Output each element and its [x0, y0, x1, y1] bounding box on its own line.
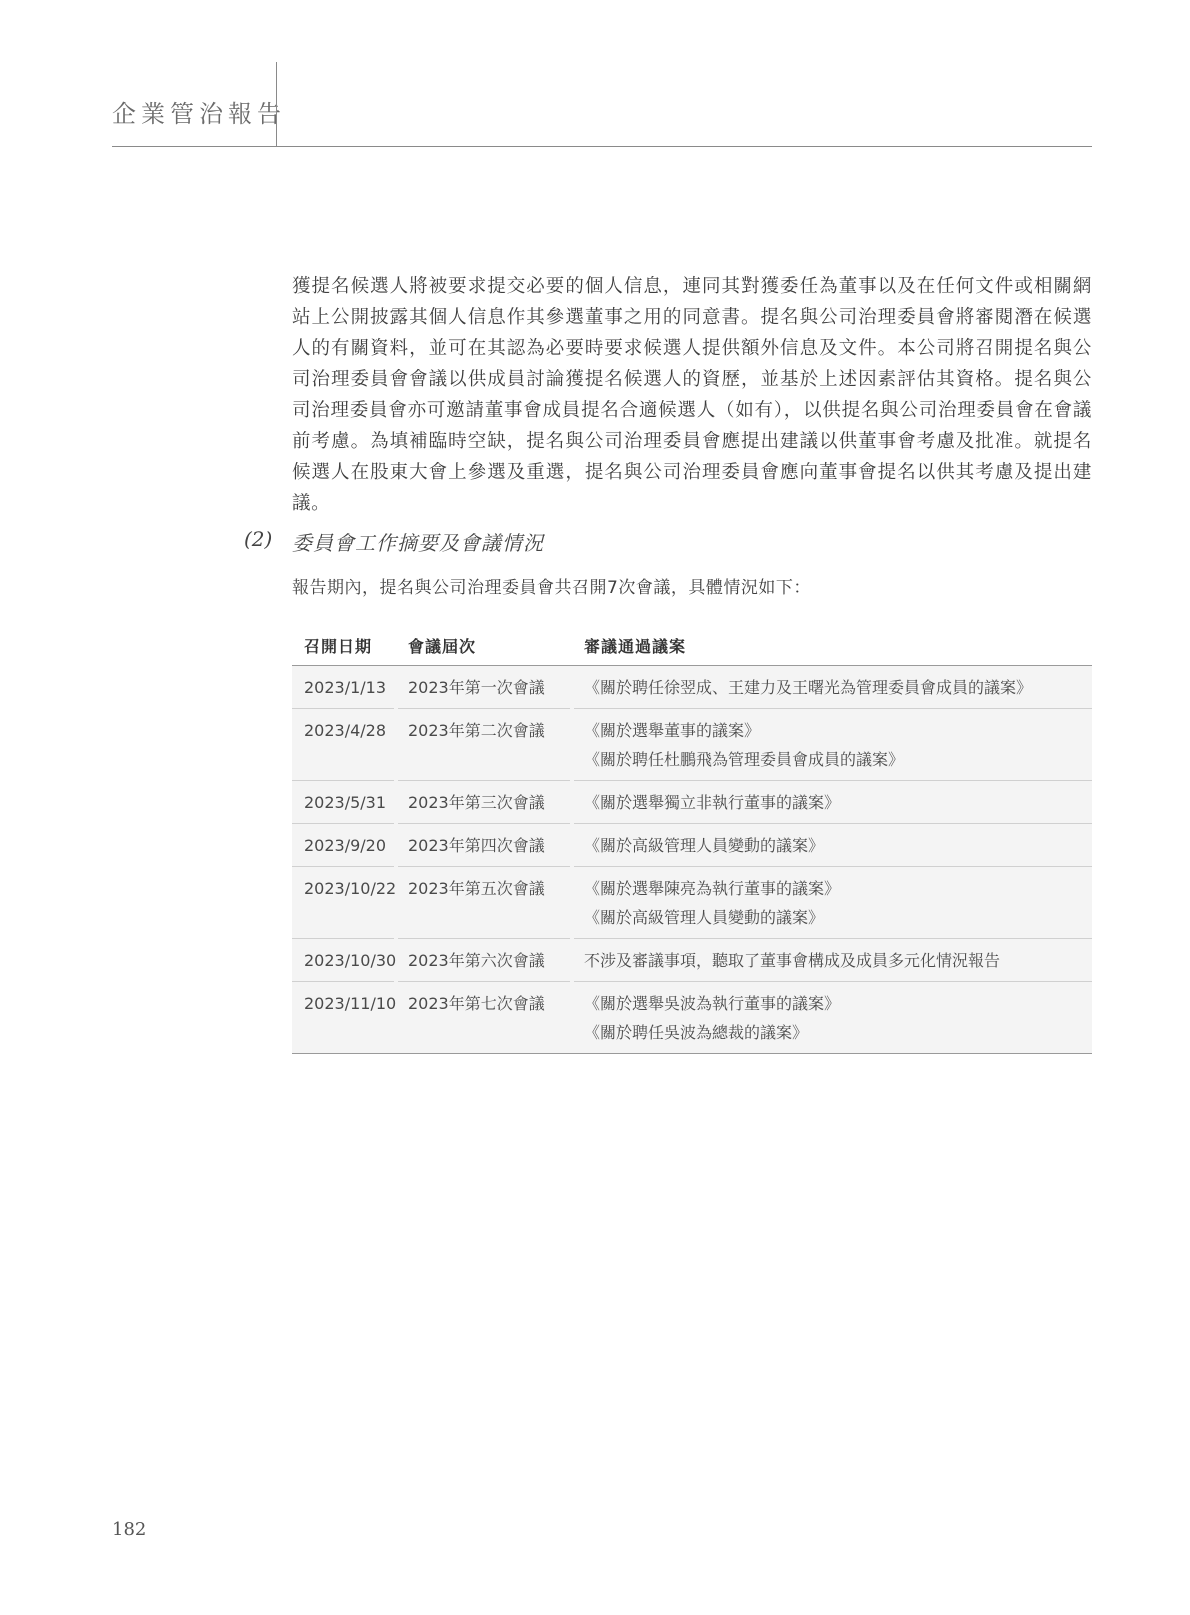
motion-item: 《關於聘任吳波為總裁的議案》 [584, 1018, 1092, 1047]
meetings-table: 召開日期 會議屆次 審議通過議案 2023/1/132023年第一次會議《關於聘… [292, 625, 1092, 1054]
cell-session: 2023年第二次會議 [398, 709, 570, 781]
motion-item: 《關於高級管理人員變動的議案》 [584, 831, 1092, 860]
cell-session: 2023年第七次會議 [398, 982, 570, 1053]
section-heading: (2) 委員會工作摘要及會議情況 [244, 527, 544, 556]
cell-motions: 《關於聘任徐翌成、王建力及王曙光為管理委員會成員的議案》 [574, 666, 1092, 709]
header-horizontal-divider [112, 146, 1092, 147]
cell-session: 2023年第六次會議 [398, 939, 570, 982]
table-row: 2023/11/102023年第七次會議《關於選舉吳波為執行董事的議案》《關於聘… [292, 982, 1092, 1053]
cell-date: 2023/10/30 [292, 939, 394, 982]
header-vertical-divider [276, 62, 277, 146]
motion-item: 不涉及審議事項，聽取了董事會構成及成員多元化情況報告 [584, 946, 1092, 975]
page-number: 182 [112, 1519, 146, 1540]
cell-motions: 《關於高級管理人員變動的議案》 [574, 824, 1092, 867]
motion-item: 《關於選舉董事的議案》 [584, 716, 1092, 745]
table-row: 2023/4/282023年第二次會議《關於選舉董事的議案》《關於聘任杜鵬飛為管… [292, 709, 1092, 781]
header-session: 會議屆次 [398, 634, 574, 657]
section-title: 委員會工作摘要及會議情況 [292, 527, 544, 556]
header-motions: 審議通過議案 [574, 634, 1092, 657]
cell-motions: 《關於選舉董事的議案》《關於聘任杜鵬飛為管理委員會成員的議案》 [574, 709, 1092, 781]
cell-motions: 不涉及審議事項，聽取了董事會構成及成員多元化情況報告 [574, 939, 1092, 982]
motion-item: 《關於高級管理人員變動的議案》 [584, 903, 1092, 932]
cell-date: 2023/5/31 [292, 781, 394, 824]
table-row: 2023/9/202023年第四次會議《關於高級管理人員變動的議案》 [292, 824, 1092, 867]
section-number: (2) [244, 527, 292, 556]
motion-item: 《關於選舉吳波為執行董事的議案》 [584, 989, 1092, 1018]
cell-session: 2023年第三次會議 [398, 781, 570, 824]
motion-item: 《關於選舉獨立非執行董事的議案》 [584, 788, 1092, 817]
cell-session: 2023年第一次會議 [398, 666, 570, 709]
cell-date: 2023/10/22 [292, 867, 394, 939]
motion-item: 《關於選舉陳亮為執行董事的議案》 [584, 874, 1092, 903]
body-paragraph: 獲提名候選人將被要求提交必要的個人信息，連同其對獲委任為董事以及在任何文件或相關… [292, 271, 1092, 519]
cell-date: 2023/9/20 [292, 824, 394, 867]
table-row: 2023/10/222023年第五次會議《關於選舉陳亮為執行董事的議案》《關於高… [292, 867, 1092, 939]
table-row: 2023/1/132023年第一次會議《關於聘任徐翌成、王建力及王曙光為管理委員… [292, 666, 1092, 709]
section-intro: 報告期內，提名與公司治理委員會共召開7次會議，具體情況如下： [292, 573, 811, 598]
motion-item: 《關於聘任杜鵬飛為管理委員會成員的議案》 [584, 745, 1092, 774]
cell-motions: 《關於選舉吳波為執行董事的議案》《關於聘任吳波為總裁的議案》 [574, 982, 1092, 1053]
table-header: 召開日期 會議屆次 審議通過議案 [292, 625, 1092, 666]
table-row: 2023/10/302023年第六次會議不涉及審議事項，聽取了董事會構成及成員多… [292, 939, 1092, 982]
page-header-title: 企業管治報告 [112, 94, 286, 129]
cell-motions: 《關於選舉陳亮為執行董事的議案》《關於高級管理人員變動的議案》 [574, 867, 1092, 939]
cell-session: 2023年第五次會議 [398, 867, 570, 939]
cell-motions: 《關於選舉獨立非執行董事的議案》 [574, 781, 1092, 824]
cell-date: 2023/4/28 [292, 709, 394, 781]
header-date: 召開日期 [292, 634, 398, 657]
table-body: 2023/1/132023年第一次會議《關於聘任徐翌成、王建力及王曙光為管理委員… [292, 666, 1092, 1054]
table-row: 2023/5/312023年第三次會議《關於選舉獨立非執行董事的議案》 [292, 781, 1092, 824]
motion-item: 《關於聘任徐翌成、王建力及王曙光為管理委員會成員的議案》 [584, 673, 1092, 702]
cell-date: 2023/1/13 [292, 666, 394, 709]
cell-session: 2023年第四次會議 [398, 824, 570, 867]
cell-date: 2023/11/10 [292, 982, 394, 1053]
